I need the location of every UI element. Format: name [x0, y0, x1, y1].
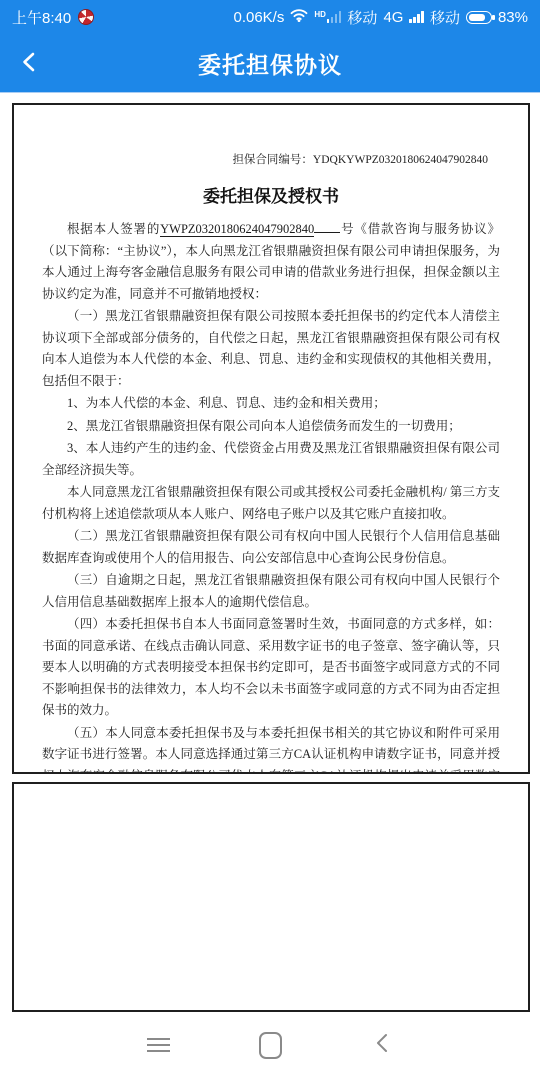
carrier-label-2: 移动 — [430, 7, 460, 28]
home-button[interactable] — [252, 1027, 288, 1063]
status-time: 上午8:40 — [12, 7, 71, 28]
contract-number-line: 担保合同编号：YDQKYWPZ0320180624047902840 — [42, 151, 500, 167]
clause-paragraph: （一）黑龙江省银鼎融资担保有限公司按照本委托担保书的约定代本人清偿主协议项下全部… — [42, 306, 500, 392]
clause-paragraph: （四）本委托担保书自本人书面同意签署时生效，书面同意的方式多样，如：书面的同意承… — [42, 614, 500, 722]
hd-volte-signal-icon: HD — [314, 11, 341, 23]
recents-button[interactable] — [140, 1027, 176, 1063]
home-icon — [259, 1032, 282, 1059]
back-button[interactable] — [14, 48, 46, 80]
network-speed: 0.06K/s — [233, 9, 284, 26]
agreement-number-underlined: YWPZ0320180624047902840 — [160, 222, 314, 237]
title-bar: 委托担保协议 — [0, 34, 540, 92]
carrier-label-1: 移动 — [347, 7, 377, 28]
battery-icon — [466, 11, 492, 24]
agreement-document-page-1[interactable]: 担保合同编号：YDQKYWPZ0320180624047902840 委托担保及… — [12, 103, 530, 774]
clause-paragraph: （二）黑龙江省银鼎融资担保有限公司有权向中国人民银行个人信用信息基础数据库查询或… — [42, 526, 500, 569]
clause-paragraph: （三）自逾期之日起，黑龙江省银鼎融资担保有限公司有权向中国人民银行个人信用信息基… — [42, 570, 500, 613]
status-bar: 上午8:40 0.06K/s HD 移动 4G 移动 83% — [0, 0, 540, 34]
agreement-document-page-2[interactable] — [12, 782, 530, 1012]
underline-tail — [314, 221, 340, 233]
android-nav-bar — [0, 1012, 540, 1078]
recents-menu-icon — [147, 1034, 170, 1056]
wifi-icon — [290, 8, 308, 27]
clause-paragraph: 1、为本人代偿的本金、利息、罚息、违约金和相关费用； — [42, 393, 500, 415]
clause-paragraph: 2、黑龙江省银鼎融资担保有限公司向本人追偿债务而发生的一切费用； — [42, 416, 500, 438]
app-bar: 上午8:40 0.06K/s HD 移动 4G 移动 83% — [0, 0, 540, 93]
intro-paragraph: 根据本人签署的YWPZ0320180624047902840号《借款咨询与服务协… — [42, 219, 500, 305]
clause-paragraph: 本人同意黑龙江省银鼎融资担保有限公司或其授权公司委托金融机构/ 第三方支付机构将… — [42, 482, 500, 525]
battery-percent: 83% — [498, 9, 528, 26]
clause-paragraph: 3、本人违约产生的违约金、代偿资金占用费及黑龙江省银鼎融资担保有限公司全部经济损… — [42, 438, 500, 481]
nav-back-button[interactable] — [364, 1027, 400, 1063]
back-chevron-icon — [372, 1031, 392, 1060]
clause-paragraph: （五）本人同意本委托担保书及与本委托担保书相关的其它协议和附件可采用数字证书进行… — [42, 723, 500, 775]
page-title: 委托担保协议 — [198, 47, 342, 80]
network-type: 4G — [383, 9, 403, 26]
chevron-left-icon — [19, 51, 41, 78]
document-title: 委托担保及授权书 — [42, 182, 500, 207]
notification-badge-icon — [78, 9, 94, 25]
signal-bars-icon — [409, 11, 424, 23]
document-body: 根据本人签署的YWPZ0320180624047902840号《借款咨询与服务协… — [42, 219, 500, 774]
